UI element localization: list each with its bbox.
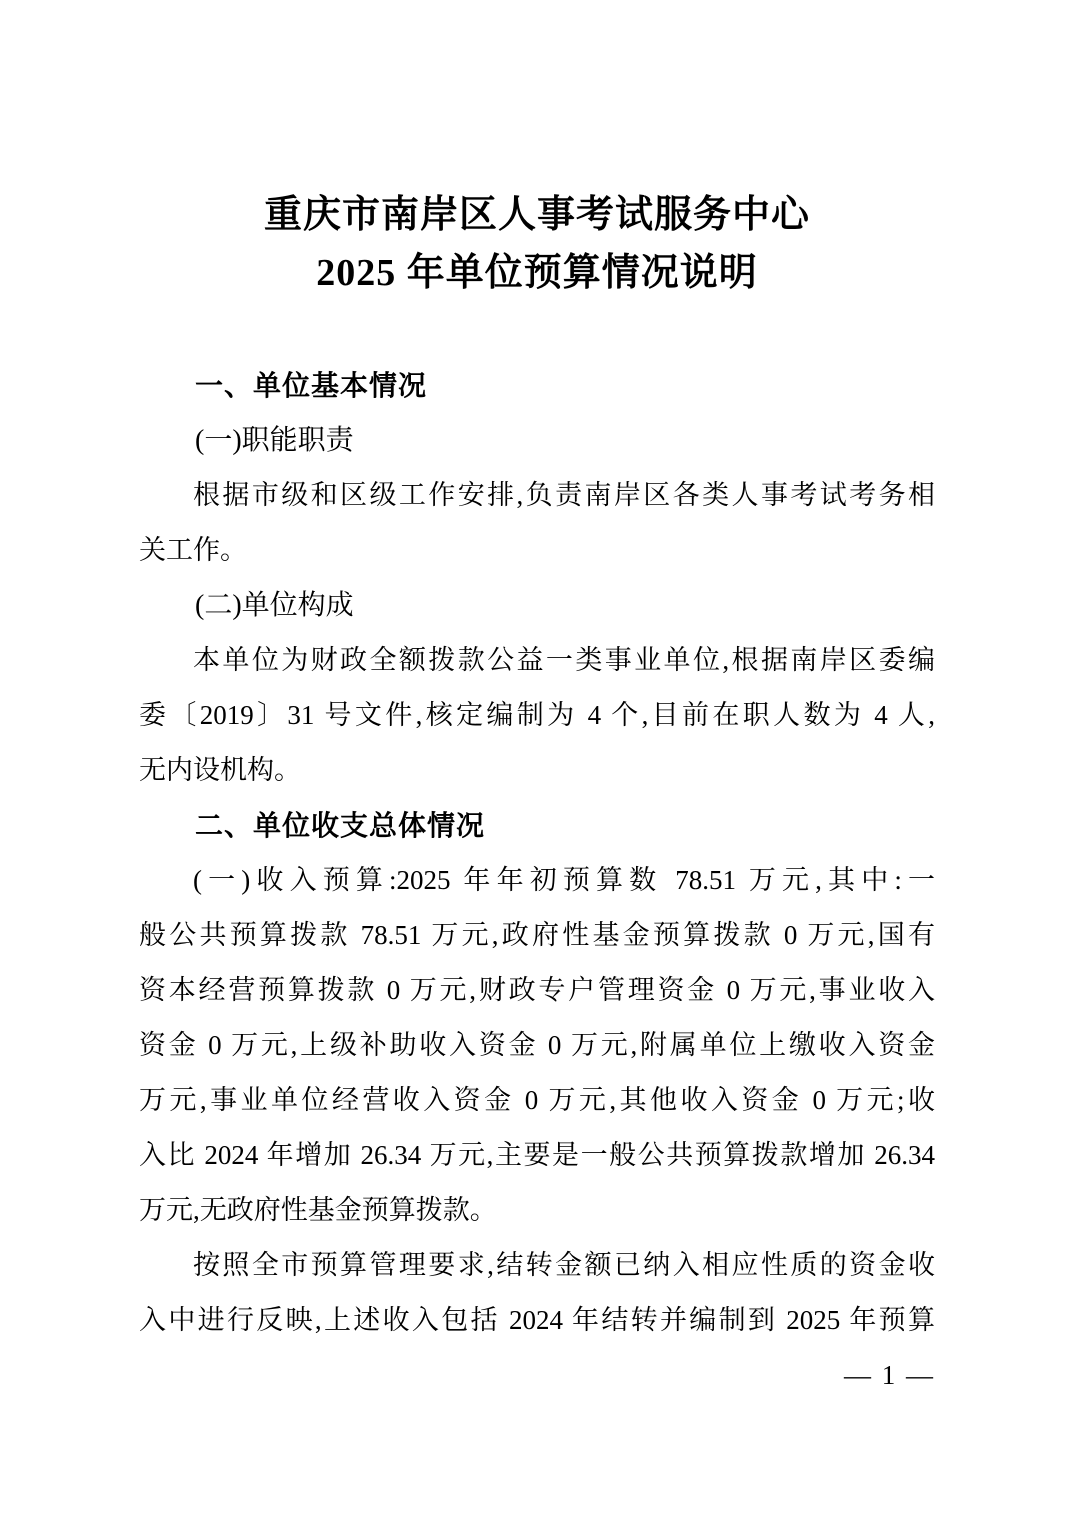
section-heading-revenue-expenditure: 二、单位收支总体情况 [139, 798, 935, 853]
document-title-line2: 2025 年单位预算情况说明 [0, 244, 1074, 302]
paragraph-line: 资金 0 万元,上级补助收入资金 0 万元,附属单位上缴收入资金 [139, 1018, 935, 1073]
document-title-line1: 重庆市南岸区人事考试服务中心 [0, 186, 1074, 244]
subsection-heading-composition: (二)单位构成 [139, 578, 935, 633]
paragraph-line: 般公共预算拨款 78.51 万元,政府性基金预算拨款 0 万元,国有 [139, 908, 935, 963]
page-number: — 1 — [139, 1348, 935, 1403]
paragraph-line: 入中进行反映,上述收入包括 2024 年结转并编制到 2025 年预算 [139, 1293, 935, 1348]
subsection-heading-duties: (一)职能职责 [139, 413, 935, 468]
document-body: 一、单位基本情况 (一)职能职责 根据市级和区级工作安排,负责南岸区各类人事考试… [139, 358, 935, 1403]
section-heading-unit-basic-info: 一、单位基本情况 [139, 358, 935, 413]
paragraph-line: 委〔2019〕31 号文件,核定编制为 4 个,目前在职人数为 4 人, [139, 688, 935, 743]
paragraph-line: 按照全市预算管理要求,结转金额已纳入相应性质的资金收 [139, 1238, 935, 1293]
paragraph-line: 无内设机构。 [139, 743, 935, 798]
document-page: 重庆市南岸区人事考试服务中心 2025 年单位预算情况说明 一、单位基本情况 (… [0, 0, 1074, 1520]
paragraph-line: 入比 2024 年增加 26.34 万元,主要是一般公共预算拨款增加 26.34 [139, 1128, 935, 1183]
paragraph-line: (一)收入预算:2025 年年初预算数 78.51 万元,其中:一 [139, 853, 935, 908]
paragraph-line: 万元,事业单位经营收入资金 0 万元,其他收入资金 0 万元;收 [139, 1073, 935, 1128]
document-title: 重庆市南岸区人事考试服务中心 2025 年单位预算情况说明 [0, 186, 1074, 302]
paragraph-line: 本单位为财政全额拨款公益一类事业单位,根据南岸区委编 [139, 633, 935, 688]
paragraph-line: 万元,无政府性基金预算拨款。 [139, 1183, 935, 1238]
paragraph-line: 资本经营预算拨款 0 万元,财政专户管理资金 0 万元,事业收入 [139, 963, 935, 1018]
paragraph-line: 根据市级和区级工作安排,负责南岸区各类人事考试考务相 [139, 468, 935, 523]
paragraph-line: 关工作。 [139, 523, 935, 578]
